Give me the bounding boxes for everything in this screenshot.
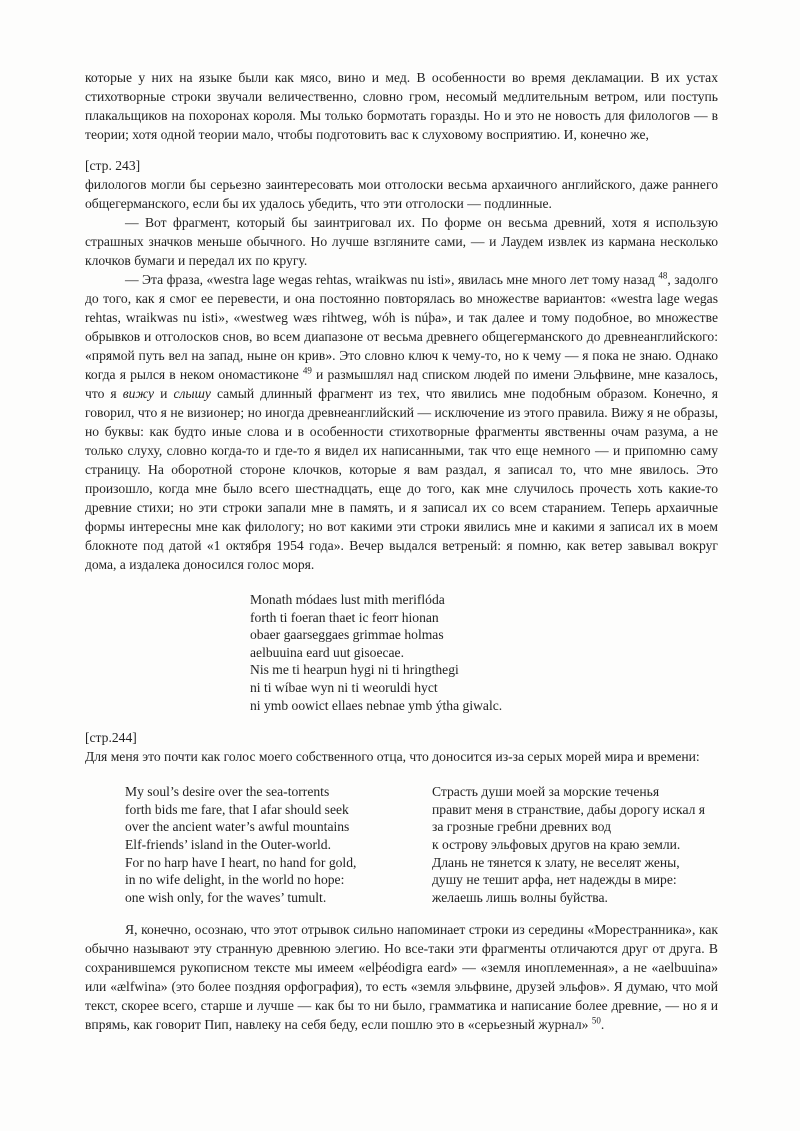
- verse-line: over the ancient water’s awful mountains: [125, 818, 432, 836]
- verse-line: за грозные гребни древних вод: [432, 818, 718, 836]
- verse-english-column: My soul’s desire over the sea-torrents f…: [125, 783, 432, 906]
- paragraph-fathers-voice: Для меня это почти как голос моего собст…: [85, 747, 718, 766]
- verse-line: Длань не тянется к злату, не веселят жен…: [432, 854, 718, 872]
- scanned-book-page: которые у них на языке были как мясо, ви…: [0, 0, 800, 1131]
- verse-line: ni ymb oowict ellaes nebnae ymb ýtha giw…: [250, 697, 718, 715]
- verse-line: Страсть души моей за морские теченья: [432, 783, 718, 801]
- old-english-verse: Monath módaes lust mith meriflóda forth …: [250, 591, 718, 714]
- verse-line: forth ti foeran thaet ic feorr hionan: [250, 609, 718, 627]
- page-marker-243: [стр. 243]: [85, 156, 718, 175]
- paragraph-philologists: филологов могли бы серьезно заинтересова…: [85, 175, 718, 213]
- verse-line: in no wife delight, in the world no hope…: [125, 871, 432, 889]
- verse-line: For no harp have I heart, no hand for go…: [125, 854, 432, 872]
- text-run: — Эта фраза, «westra lage wegas rehtas, …: [125, 272, 658, 287]
- verse-line: ni ti wíbae wyn ni ti weoruldi hyct: [250, 679, 718, 697]
- verse-line: obaer gaarseggaes grimmae holmas: [250, 626, 718, 644]
- text-block: которые у них на языке были как мясо, ви…: [85, 68, 718, 1034]
- text-run: Я, конечно, осознаю, что этот отрывок си…: [85, 922, 718, 1032]
- text-run: самый длинный фрагмент из тех, что явили…: [85, 386, 718, 572]
- verse-line: Monath módaes lust mith meriflóda: [250, 591, 718, 609]
- verse-line: к острову эльфовых другов на краю земли.: [432, 836, 718, 854]
- verse-line: one wish only, for the waves’ tumult.: [125, 889, 432, 907]
- paragraph-fragment: — Вот фрагмент, который бы заинтриговал …: [85, 213, 718, 270]
- emphasis-vizhu: вижу: [123, 386, 154, 401]
- paragraph-intro: которые у них на языке были как мясо, ви…: [85, 68, 718, 144]
- verse-line: Nis me ti hearpun hygi ni ti hringthegi: [250, 661, 718, 679]
- text-run: и: [154, 386, 173, 401]
- verse-russian-column: Страсть души моей за морские теченья пра…: [432, 783, 718, 906]
- verse-line: желаешь лишь волны буйства.: [432, 889, 718, 907]
- parallel-verse: My soul’s desire over the sea-torrents f…: [85, 783, 718, 906]
- footnote-ref-50: 50: [592, 1016, 601, 1026]
- verse-line: Elf-friends’ island in the Outer-world.: [125, 836, 432, 854]
- verse-line: aelbuuina eard uut gisoecae.: [250, 644, 718, 662]
- paragraph-closing: Я, конечно, осознаю, что этот отрывок си…: [85, 920, 718, 1034]
- page-marker-244: [стр.244]: [85, 728, 718, 747]
- text-run: , задолго до того, как я смог ее перевес…: [85, 272, 718, 382]
- text-run: .: [601, 1017, 604, 1032]
- footnote-ref-49: 49: [303, 365, 312, 375]
- verse-line: правит меня в странствие, дабы дорогу ис…: [432, 801, 718, 819]
- verse-line: душу не тешит арфа, нет надежды в мире:: [432, 871, 718, 889]
- verse-line: My soul’s desire over the sea-torrents: [125, 783, 432, 801]
- emphasis-slyshu: слышу: [173, 386, 210, 401]
- paragraph-phrase-history: — Эта фраза, «westra lage wegas rehtas, …: [85, 270, 718, 574]
- verse-line: forth bids me fare, that I afar should s…: [125, 801, 432, 819]
